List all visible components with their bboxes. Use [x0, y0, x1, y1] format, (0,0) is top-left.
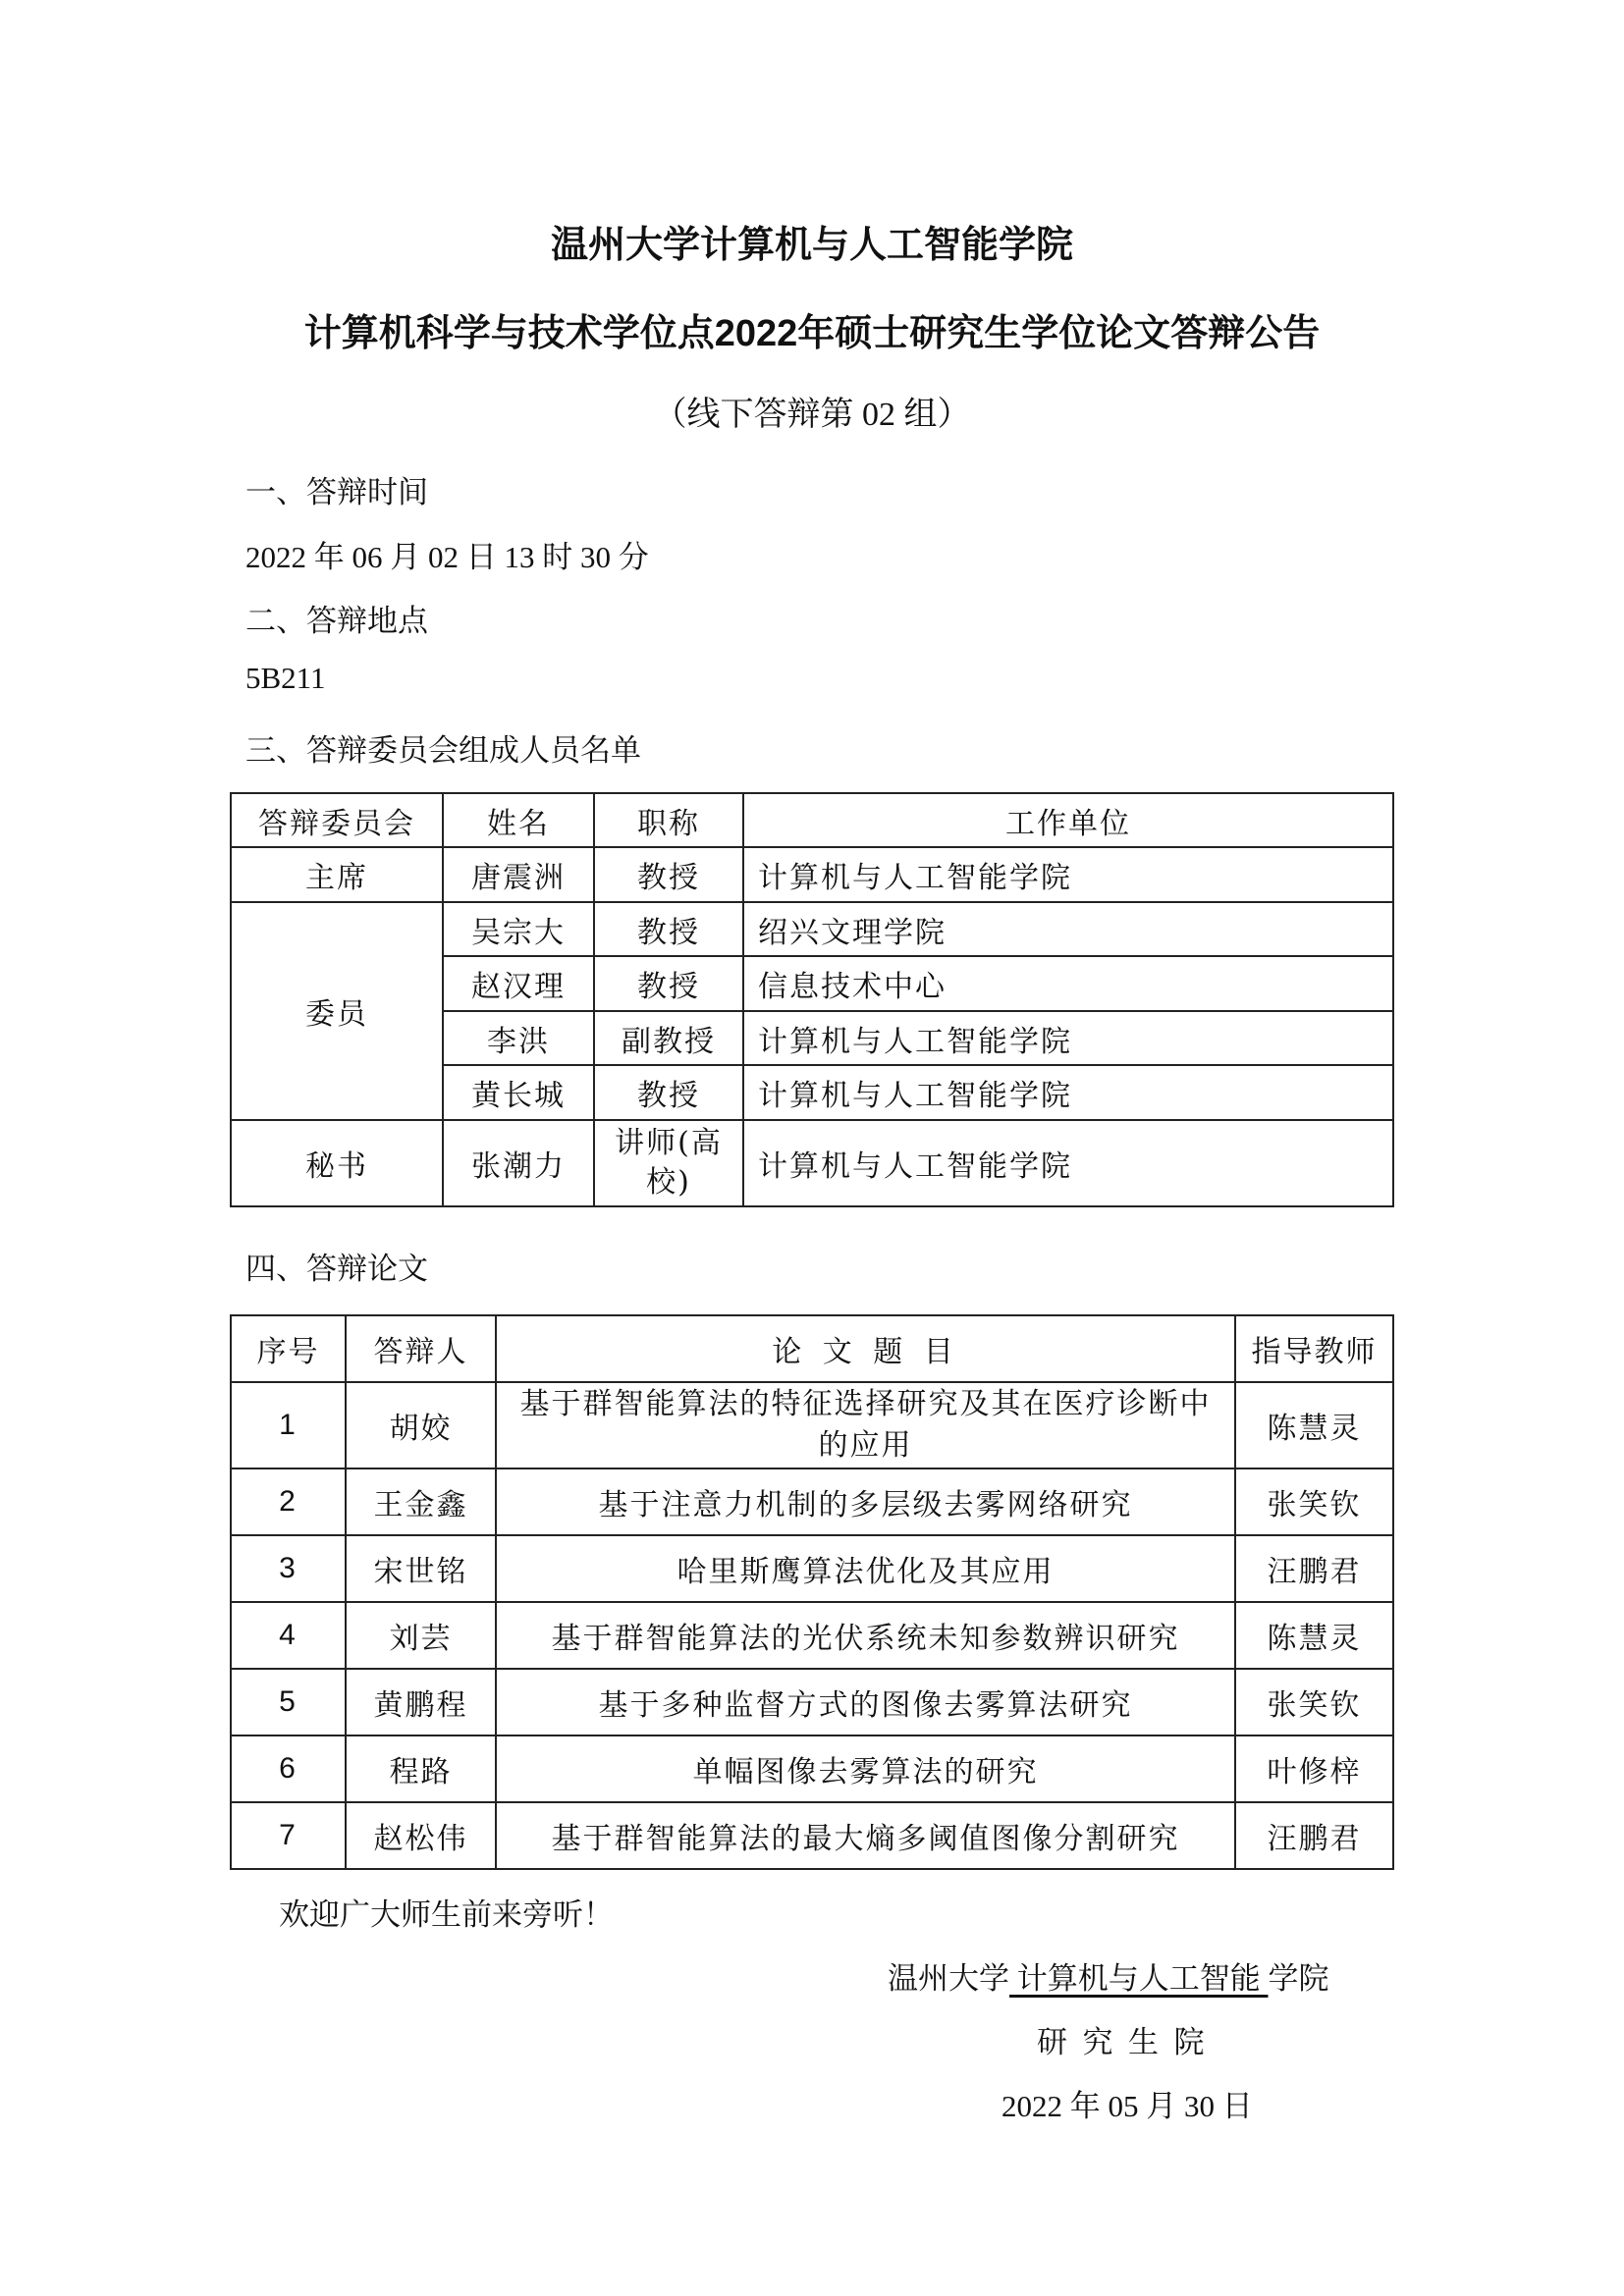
table-row: 秘书 张潮力 讲师(高校) 计算机与人工智能学院 — [231, 1120, 1393, 1206]
table-row: 6 程路 单幅图像去雾算法的研究 叶修梓 — [231, 1735, 1393, 1802]
name-cell: 李洪 — [443, 1011, 594, 1065]
time-heading: 一、答辩时间 — [245, 467, 428, 511]
title-cell: 副教授 — [594, 1011, 743, 1065]
table-row: 5 黄鹏程 基于多种监督方式的图像去雾算法研究 张笑钦 — [231, 1669, 1393, 1735]
committee-table: 答辩委员会 姓名 职称 工作单位 主席 唐震洲 教授 计算机与人工智能学院 委员… — [230, 792, 1394, 1207]
student-cell: 胡姣 — [346, 1382, 496, 1468]
header-cell: 姓名 — [443, 793, 594, 847]
student-cell: 刘芸 — [346, 1602, 496, 1669]
unit-cell: 计算机与人工智能学院 — [743, 847, 1393, 902]
title-cell: 教授 — [594, 847, 743, 902]
unit-cell: 计算机与人工智能学院 — [743, 1011, 1393, 1065]
number-cell: 5 — [231, 1669, 346, 1735]
header-cell: 序号 — [231, 1315, 346, 1382]
committee-heading: 三、答辩委员会组成人员名单 — [245, 725, 641, 770]
topic-cell: 基于群智能算法的特征选择研究及其在医疗诊断中的应用 — [496, 1382, 1235, 1468]
unit-cell: 计算机与人工智能学院 — [743, 1065, 1393, 1120]
signature-prefix: 温州大学 — [888, 1961, 1009, 1996]
advisor-cell: 陈慧灵 — [1235, 1382, 1393, 1468]
number-cell: 7 — [231, 1802, 346, 1869]
topic-cell: 哈里斯鹰算法优化及其应用 — [496, 1535, 1235, 1602]
header-cell: 职称 — [594, 793, 743, 847]
place-value: 5B211 — [245, 661, 326, 696]
name-cell: 赵汉理 — [443, 956, 594, 1011]
role-cell: 主席 — [231, 847, 443, 902]
number-cell: 1 — [231, 1382, 346, 1468]
table-row: 主席 唐震洲 教授 计算机与人工智能学院 — [231, 847, 1393, 902]
signature-college-name: 计算机与人工智能 — [1009, 1961, 1269, 1996]
advisor-cell: 汪鹏君 — [1235, 1535, 1393, 1602]
student-cell: 宋世铭 — [346, 1535, 496, 1602]
unit-cell: 计算机与人工智能学院 — [743, 1120, 1393, 1206]
name-cell: 唐震洲 — [443, 847, 594, 902]
place-heading: 二、答辩地点 — [245, 596, 428, 640]
role-cell: 秘书 — [231, 1120, 443, 1206]
table-row: 7 赵松伟 基于群智能算法的最大熵多阈值图像分割研究 汪鹏君 — [231, 1802, 1393, 1869]
welcome-note: 欢迎广大师生前来旁听！ — [279, 1890, 614, 1934]
topic-cell: 基于多种监督方式的图像去雾算法研究 — [496, 1669, 1235, 1735]
signature-date: 2022 年 05 月 30 日 — [1001, 2081, 1253, 2125]
table-row: 4 刘芸 基于群智能算法的光伏系统未知参数辨识研究 陈慧灵 — [231, 1602, 1393, 1669]
header-cell: 答辩委员会 — [231, 793, 443, 847]
signature-college: 温州大学 计算机与人工智能 学院 — [888, 1953, 1329, 1998]
table-row: 3 宋世铭 哈里斯鹰算法优化及其应用 汪鹏君 — [231, 1535, 1393, 1602]
group-label: （线下答辩第 02 组） — [0, 387, 1624, 435]
title-cell: 教授 — [594, 1065, 743, 1120]
document-subtitle: 计算机科学与技术学位点2022年硕士研究生学位论文答辩公告 — [0, 302, 1624, 356]
student-cell: 程路 — [346, 1735, 496, 1802]
number-cell: 3 — [231, 1535, 346, 1602]
topic-cell: 单幅图像去雾算法的研究 — [496, 1735, 1235, 1802]
advisor-cell: 张笑钦 — [1235, 1669, 1393, 1735]
time-value: 2022 年 06 月 02 日 13 时 30 分 — [245, 532, 649, 576]
theses-heading: 四、答辩论文 — [245, 1244, 428, 1288]
advisor-cell: 汪鹏君 — [1235, 1802, 1393, 1869]
number-cell: 2 — [231, 1468, 346, 1535]
name-cell: 黄长城 — [443, 1065, 594, 1120]
header-cell: 指导教师 — [1235, 1315, 1393, 1382]
number-cell: 4 — [231, 1602, 346, 1669]
advisor-cell: 张笑钦 — [1235, 1468, 1393, 1535]
name-cell: 吴宗大 — [443, 902, 594, 956]
table-header-row: 序号 答辩人 论 文 题 目 指导教师 — [231, 1315, 1393, 1382]
name-cell: 张潮力 — [443, 1120, 594, 1206]
advisor-cell: 叶修梓 — [1235, 1735, 1393, 1802]
unit-cell: 信息技术中心 — [743, 956, 1393, 1011]
thesis-table: 序号 答辩人 论 文 题 目 指导教师 1 胡姣 基于群智能算法的特征选择研究及… — [230, 1314, 1394, 1870]
signature-grad-school: 研 究 生 院 — [1037, 2017, 1205, 2061]
table-row: 2 王金鑫 基于注意力机制的多层级去雾网络研究 张笑钦 — [231, 1468, 1393, 1535]
header-cell: 工作单位 — [743, 793, 1393, 847]
topic-cell: 基于群智能算法的最大熵多阈值图像分割研究 — [496, 1802, 1235, 1869]
table-header-row: 答辩委员会 姓名 职称 工作单位 — [231, 793, 1393, 847]
document-title: 温州大学计算机与人工智能学院 — [0, 214, 1624, 268]
student-cell: 黄鹏程 — [346, 1669, 496, 1735]
student-cell: 王金鑫 — [346, 1468, 496, 1535]
table-row: 委员 吴宗大 教授 绍兴文理学院 — [231, 902, 1393, 956]
topic-cell: 基于注意力机制的多层级去雾网络研究 — [496, 1468, 1235, 1535]
header-cell: 论 文 题 目 — [496, 1315, 1235, 1382]
title-cell: 教授 — [594, 956, 743, 1011]
unit-cell: 绍兴文理学院 — [743, 902, 1393, 956]
number-cell: 6 — [231, 1735, 346, 1802]
header-cell: 答辩人 — [346, 1315, 496, 1382]
title-cell: 教授 — [594, 902, 743, 956]
student-cell: 赵松伟 — [346, 1802, 496, 1869]
role-cell: 委员 — [231, 902, 443, 1120]
advisor-cell: 陈慧灵 — [1235, 1602, 1393, 1669]
signature-suffix: 学院 — [1269, 1961, 1329, 1996]
topic-cell: 基于群智能算法的光伏系统未知参数辨识研究 — [496, 1602, 1235, 1669]
table-row: 1 胡姣 基于群智能算法的特征选择研究及其在医疗诊断中的应用 陈慧灵 — [231, 1382, 1393, 1468]
title-cell: 讲师(高校) — [594, 1120, 743, 1206]
